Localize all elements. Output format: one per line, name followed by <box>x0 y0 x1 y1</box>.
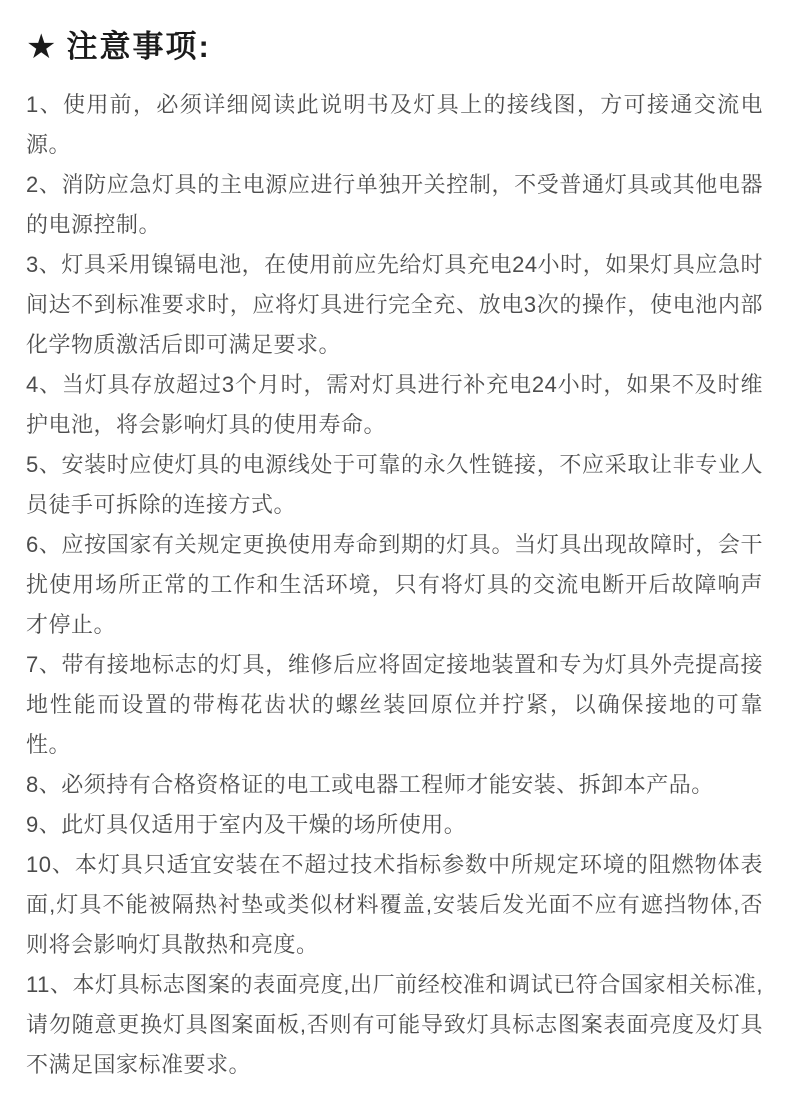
note-item-5: 5、安装时应使灯具的电源线处于可靠的永久性链接，不应采取让非专业人员徒手可拆除的… <box>26 445 763 525</box>
page-title-label: 注意事项: <box>66 28 210 65</box>
page-title: ★ 注意事项: <box>26 28 763 65</box>
note-item-3: 3、灯具采用镍镉电池，在使用前应先给灯具充电24小时，如果灯具应急时间达不到标准… <box>26 245 763 365</box>
note-item-10: 10、本灯具只适宜安装在不超过技术指标参数中所规定环境的阻燃物体表面,灯具不能被… <box>26 845 763 965</box>
note-item-2: 2、消防应急灯具的主电源应进行单独开关控制，不受普通灯具或其他电器的电源控制。 <box>26 165 763 245</box>
note-item-11: 11、本灯具标志图案的表面亮度,出厂前经校准和调试已符合国家相关标准,请勿随意更… <box>26 965 763 1085</box>
note-item-8: 8、必须持有合格资格证的电工或电器工程师才能安装、拆卸本产品。 <box>26 765 763 805</box>
note-item-1: 1、使用前，必须详细阅读此说明书及灯具上的接线图，方可接通交流电源。 <box>26 85 763 165</box>
precautions-page: ★ 注意事项: 1、使用前，必须详细阅读此说明书及灯具上的接线图，方可接通交流电… <box>0 0 790 1105</box>
note-item-4: 4、当灯具存放超过3个月时，需对灯具进行补充电24小时，如果不及时维护电池，将会… <box>26 365 763 445</box>
notes-list: 1、使用前，必须详细阅读此说明书及灯具上的接线图，方可接通交流电源。 2、消防应… <box>26 85 763 1085</box>
note-item-9: 9、此灯具仅适用于室内及干燥的场所使用。 <box>26 805 763 845</box>
note-item-7: 7、带有接地标志的灯具，维修后应将固定接地装置和专为灯具外壳提高接地性能而设置的… <box>26 645 763 765</box>
note-item-6: 6、应按国家有关规定更换使用寿命到期的灯具。当灯具出现故障时，会干扰使用场所正常… <box>26 525 763 645</box>
star-icon: ★ <box>26 30 56 64</box>
